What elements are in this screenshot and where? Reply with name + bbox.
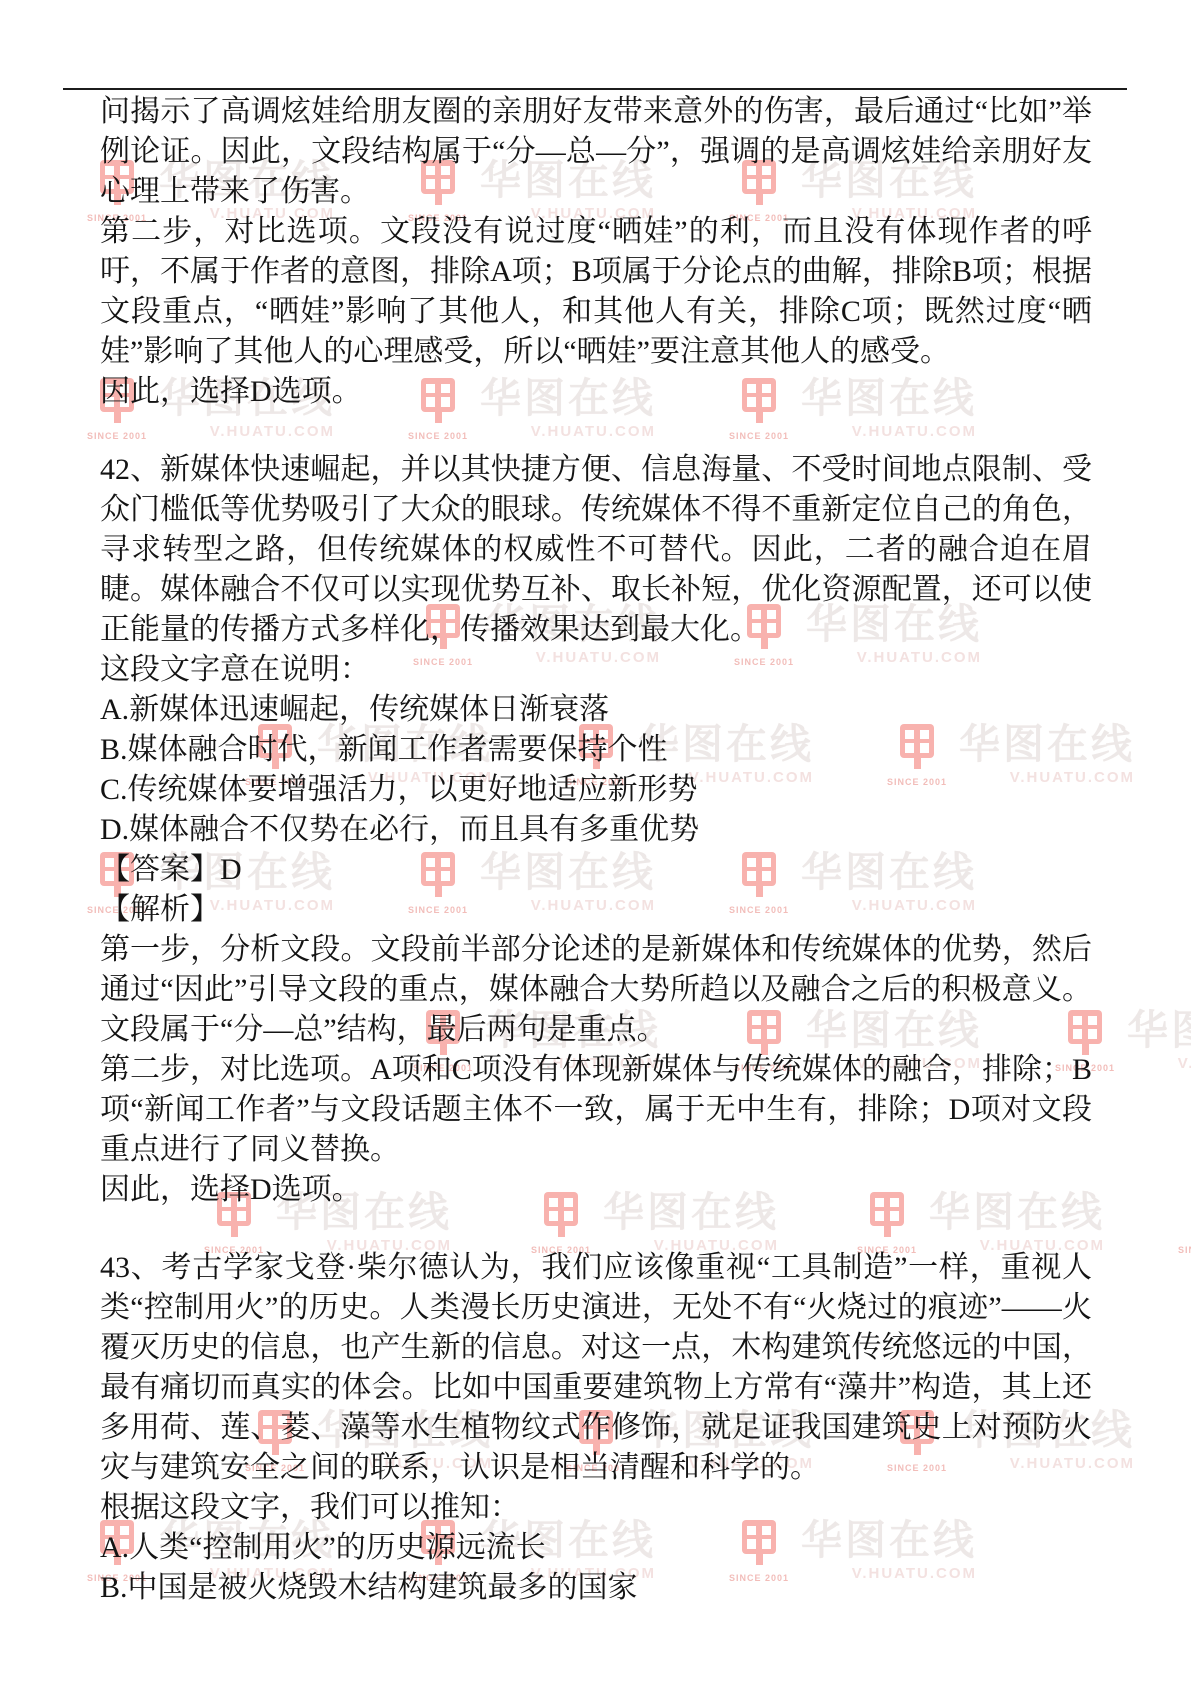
section-gap [100, 1210, 1092, 1248]
page-top-rule [63, 88, 1127, 90]
document-body: 问揭示了高调炫娃给朋友圈的亲朋好友带来意外的伤害，最后通过“比如”举例论证。因此… [100, 92, 1092, 1608]
question-42-analysis-step1: 第一步，分析文段。文段前半部分论述的是新媒体和传统媒体的优势，然后通过“因此”引… [100, 930, 1092, 1050]
question-43-stem: 43、考古学家戈登·柴尔德认为，我们应该像重视“工具制造”一样，重视人类“控制用… [100, 1248, 1092, 1488]
watermark-brand-text: 华图在线 [1127, 1010, 1191, 1051]
question-42-option-d: D.媒体融合不仅势在必行，而且具有多重优势 [100, 810, 1092, 850]
question-42-answer-line: 【答案】D [100, 850, 1092, 890]
section-gap [100, 412, 1092, 450]
question-43-prompt: 根据这段文字，我们可以推知： [100, 1488, 1092, 1528]
watermark: SINCE 2001华图在线V.HUATU.COM [1178, 1192, 1191, 1255]
question-42-analysis-heading: 【解析】 [100, 890, 1092, 930]
question-42-analysis-step2: 第二步，对比选项。A项和C项没有体现新媒体与传统媒体的融合，排除；B项“新闻工作… [100, 1050, 1092, 1170]
question-42-prompt: 这段文字意在说明： [100, 650, 1092, 690]
question-43-option-a: A.人类“控制用火”的历史源远流长 [100, 1528, 1092, 1568]
q41-explanation-paragraph-2: 第二步，对比选项。文段没有说过度“晒娃”的利，而且没有体现作者的呼吁，不属于作者… [100, 212, 1092, 372]
q41-explanation-paragraph-1: 问揭示了高调炫娃给朋友圈的亲朋好友带来意外的伤害，最后通过“比如”举例论证。因此… [100, 92, 1092, 212]
question-43-option-b: B.中国是被火烧毁木结构建筑最多的国家 [100, 1568, 1092, 1608]
watermark-url-text: V.HUATU.COM [1127, 1055, 1191, 1072]
watermark-since-text: SINCE 2001 [1178, 1245, 1191, 1255]
question-42-conclusion-line: 因此，选择D选项。 [100, 1170, 1092, 1210]
question-42-option-a: A.新媒体迅速崛起，传统媒体日渐衰落 [100, 690, 1092, 730]
question-42-option-b: B.媒体融合时代，新闻工作者需要保持个性 [100, 730, 1092, 770]
watermark-logo: SINCE 2001 [1178, 1192, 1191, 1255]
question-42-stem: 42、新媒体快速崛起，并以其快捷方便、信息海量、不受时间地点限制、受众门槛低等优… [100, 450, 1092, 650]
q41-conclusion-line: 因此，选择D选项。 [100, 372, 1092, 412]
question-42-option-c: C.传统媒体要增强活力，以更好地适应新形势 [100, 770, 1092, 810]
